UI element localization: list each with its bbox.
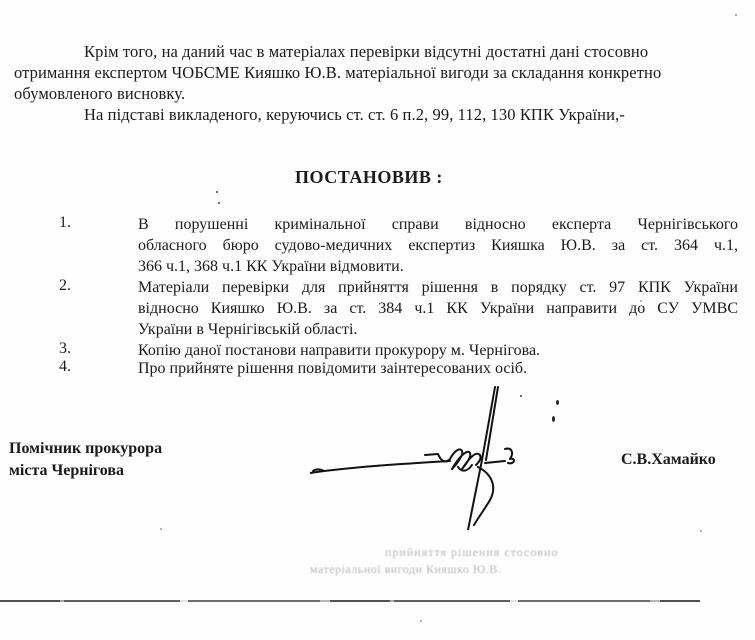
scan-speck [700,530,702,532]
intro-line-2: отримання експертом ЧОБСМЕ Кияшко Ю.В. м… [14,62,749,83]
signatory-title-line-2: міста Чернігова [9,460,162,482]
scan-speck [556,400,559,405]
decision-heading: ПОСТАНОВИВ : [295,167,443,188]
item-text-1: В порушенні кримінальної справи відносно… [138,214,743,277]
scan-speck [420,620,422,622]
item-1-line-3: 366 ч.1, 368 ч.1 КК України відмовити. [138,256,743,277]
page-divider-line [0,600,700,602]
scan-speck [520,395,522,397]
scan-speck [160,528,162,530]
item-text-2: Матеріали перевірки для прийняття рішенн… [138,277,743,340]
handwritten-signature [310,385,530,530]
scan-speck [216,191,218,193]
signatory-name: С.В.Хамайко [621,451,716,469]
basis-text: На підставі викладеного, керуючись ст. с… [14,104,749,125]
item-1-line-2: обласного бюро судово-медичних експертиз… [138,235,738,256]
scan-speck [218,202,220,204]
item-2-line-1: Матеріали перевірки для прийняття рішенн… [138,277,738,298]
item-4-line-1: Про прийняте рішення повідомити заінтере… [138,358,743,379]
scan-speck [552,416,555,422]
item-1-line-1: В порушенні кримінальної справи відносно… [138,214,738,235]
signatory-title-line-1: Помічник прокурора [9,438,162,460]
intro-line-3: обумовленого висновку. [14,83,749,104]
item-2-line-3: України в Чернігівській області. [138,319,743,340]
item-number-3: 3. [59,340,71,358]
item-2-line-2: відносно Кияшко Ю.В. за ст. 384 ч.1 КК У… [138,298,738,319]
intro-line-1: Крім того, на даний час в матеріалах пер… [14,41,749,62]
bleed-through-line-1: прийняття рішення стосовно [385,545,558,560]
scan-speck [735,14,737,16]
item-number-1: 1. [59,214,71,232]
bleed-through-line-2: матеріальної вигоди Кияшко Ю.В. [310,562,501,577]
signatory-title: Помічник прокурора міста Чернігова [9,438,162,482]
item-number-2: 2. [59,277,71,295]
scan-speck [640,300,642,302]
item-number-4: 4. [59,358,71,376]
intro-paragraph: Крім того, на даний час в матеріалах пер… [14,41,749,104]
item-text-4: Про прийняте рішення повідомити заінтере… [138,358,743,379]
scanned-document-page: Крім того, на даний час в матеріалах пер… [0,0,755,640]
basis-paragraph: На підставі викладеного, керуючись ст. с… [14,104,749,125]
